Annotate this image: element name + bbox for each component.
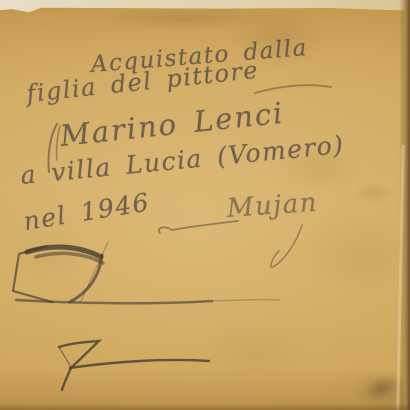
signature: Mujan [226, 188, 319, 224]
inscription-photo: Acquistato dalla figlia del pittore Mari… [0, 0, 410, 410]
paper-bottom-shadow [0, 403, 410, 410]
